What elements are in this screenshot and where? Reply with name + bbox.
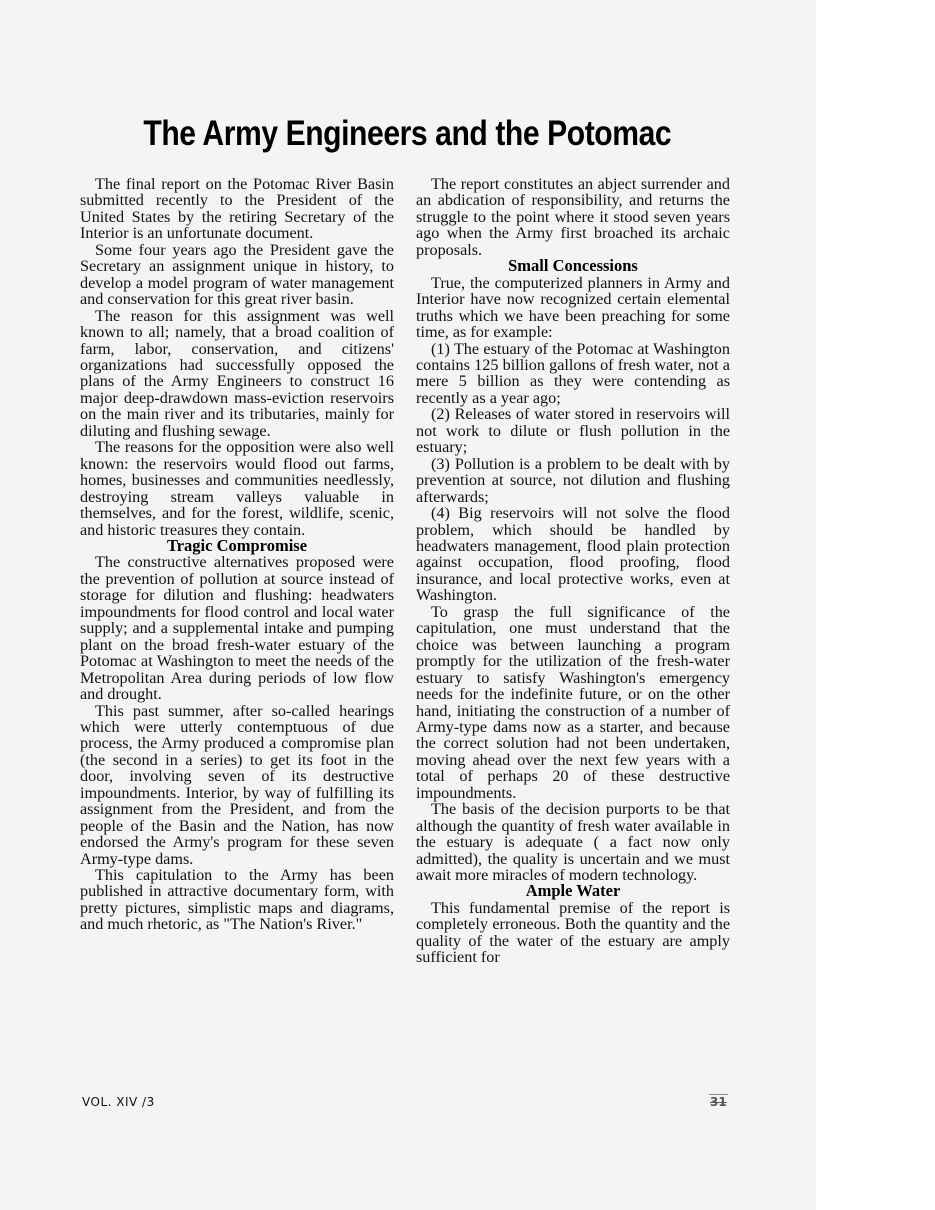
paragraph: This fundamental premise of the report i… (416, 900, 730, 966)
paragraph: The reason for this assignment was well … (80, 308, 394, 440)
paragraph: This capitulation to the Army has been p… (80, 867, 394, 933)
paragraph: The final report on the Potomac River Ba… (80, 176, 394, 242)
article-title: The Army Engineers and the Potomac (56, 114, 758, 154)
paragraph: This past summer, after so-called hearin… (80, 703, 394, 868)
paragraph: The report constitutes an abject surrend… (416, 176, 730, 258)
paragraph: The reasons for the opposition were also… (80, 439, 394, 538)
paragraph: To grasp the full significance of the ca… (416, 604, 730, 801)
list-item: (1) The estuary of the Potomac at Washin… (416, 341, 730, 407)
volume-label: VOL. XIV /3 (82, 1095, 155, 1109)
right-column: The report constitutes an abject surrend… (416, 176, 730, 966)
list-item: (3) Pollution is a problem to be dealt w… (416, 456, 730, 505)
list-item: (2) Releases of water stored in reservoi… (416, 406, 730, 455)
section-heading-ample-water: Ample Water (416, 883, 730, 899)
page-number: 31 (709, 1094, 728, 1109)
section-heading-small-concessions: Small Concessions (416, 258, 730, 274)
left-column: The final report on the Potomac River Ba… (80, 176, 394, 933)
section-heading-tragic-compromise: Tragic Compromise (80, 538, 394, 554)
list-item: (4) Big reservoirs will not solve the fl… (416, 505, 730, 604)
paragraph: Some four years ago the President gave t… (80, 242, 394, 308)
paragraph: The basis of the decision purports to be… (416, 801, 730, 883)
paragraph: True, the computerized planners in Army … (416, 275, 730, 341)
document-page: The Army Engineers and the Potomac The f… (0, 0, 816, 1210)
paragraph: The constructive alternatives proposed w… (80, 554, 394, 702)
